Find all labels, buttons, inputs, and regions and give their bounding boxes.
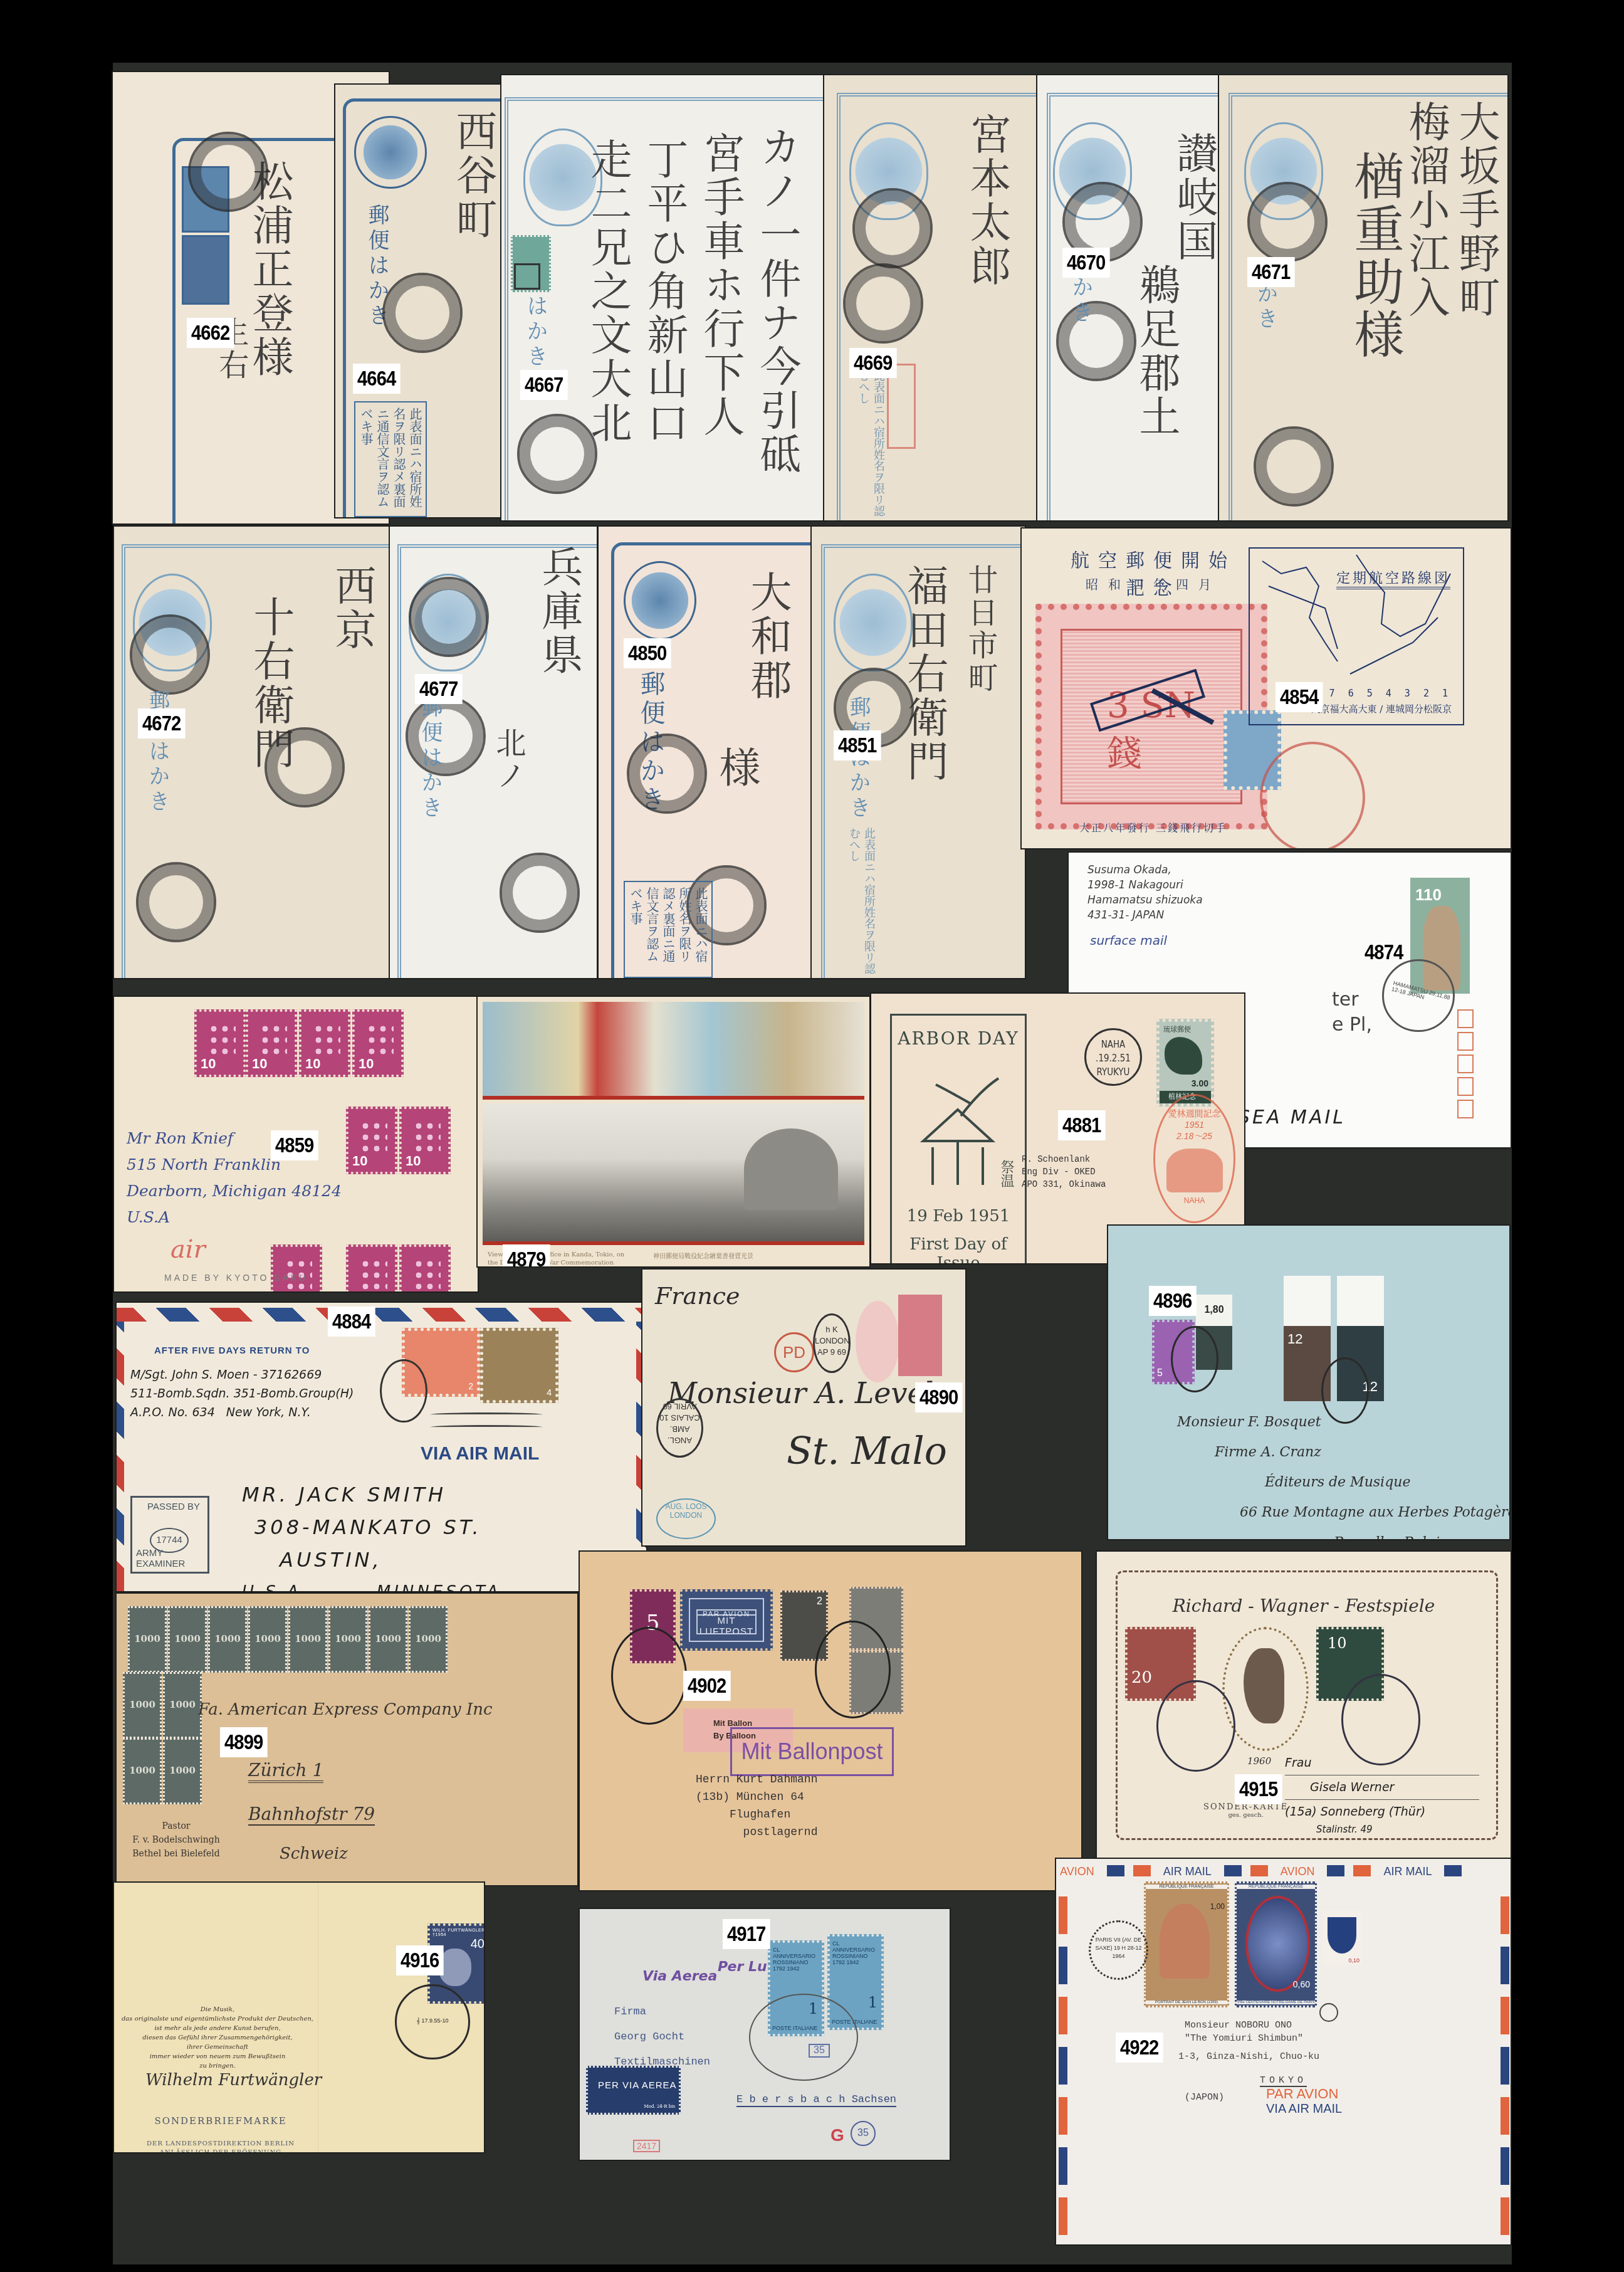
indicia-1-sen xyxy=(354,116,427,189)
address: FirmaGeorg GochtTextilmaschinen xyxy=(614,2000,710,2075)
lot-card-4916[interactable]: Die Musik, das originalste und eigentüml… xyxy=(114,1883,484,2152)
lot-number: 4672 xyxy=(138,708,185,739)
lot-card-4884[interactable]: AFTER FIVE DAYS RETURN TO M/Sgt. John S.… xyxy=(117,1303,646,1591)
card-title: Richard - Wagner - Festspiele xyxy=(1097,1596,1511,1616)
address-col-2: 梅溜小江入 xyxy=(1401,100,1450,320)
stamp-1000-mark: 1000 xyxy=(369,1606,407,1673)
surface-mail-note: surface mail xyxy=(1090,933,1167,948)
lot-number: 4902 xyxy=(683,1671,730,1701)
notice-box: 此表面ニハ宿所姓名ヲ限リ認メ裏面ニ通信文言ヲ認ムベキ事 xyxy=(354,401,427,517)
censor-35-box: 35 xyxy=(809,2044,830,2058)
message-col-4: 走二兄之文大北 xyxy=(583,138,632,445)
postmark-upper xyxy=(1247,182,1328,262)
sender-imprint: PastorF. v. BodelschwinghBethel bei Biel… xyxy=(132,1819,220,1861)
address-col-1: 讃岐国 xyxy=(1169,132,1218,263)
lot-card-4664[interactable]: 郵便はかき 西谷町 此表面ニハ宿所姓名ヲ限リ認メ裏面ニ通信文言ヲ認ムベキ事 46… xyxy=(335,85,505,517)
cherry-stamp: 10 xyxy=(299,1009,350,1077)
jean-le-bon-stamp: REPUBLIQUE FRANÇAISE 1,00 PORTRAIT DE JE… xyxy=(1144,1881,1229,2007)
country: Schweiz xyxy=(280,1844,348,1863)
machine-cancel xyxy=(430,1425,543,1429)
bremen-balloon-postmark xyxy=(815,1621,891,1718)
stamp-1000-mark: 1000 xyxy=(168,1606,207,1673)
army-examiner-censor: PASSED BY 17744 ARMY EXAMINER xyxy=(130,1496,209,1574)
address-ink: 宮本太郎 xyxy=(962,113,1011,288)
printed-title: かき xyxy=(1250,282,1281,332)
lot-card-4879[interactable]: View of The Post Office in Kanda, Tokio,… xyxy=(478,997,869,1266)
victoria-adhesive xyxy=(898,1295,942,1376)
map-legend-numbers: 8 7 6 5 4 3 2 1 xyxy=(1311,688,1452,699)
partial-address: ter e Pl, xyxy=(1332,987,1372,1038)
folder-crease xyxy=(318,1883,318,2152)
censor-2417-box: 2417 xyxy=(633,2140,660,2152)
lot-card-4851[interactable]: 郵便はかき 此表面ニハ宿所姓名ヲ限リ認むへし 廿日市町 福田右衛門 4851 xyxy=(812,527,1025,978)
folder-imprint: SONDERBRIEFMARKE DER LANDESPOSTDIREKTION… xyxy=(127,2102,315,2152)
stained-glass xyxy=(1245,1896,1310,1992)
cachet-title: ARBOR DAY xyxy=(892,1028,1025,1049)
wien-postmark xyxy=(1171,1326,1218,1392)
destination: E b e r s b a c h Sachsen xyxy=(736,2094,896,2107)
year-label: 1960 xyxy=(1247,1755,1271,1767)
message-col-3: 丁平ひ角新山口 xyxy=(639,138,688,445)
stamp-1000-mark: 1000 xyxy=(409,1606,448,1673)
red-divider xyxy=(483,1096,864,1100)
hamamatsu-postmark: HAMAMATSU 29.11.88 12-18 JAPAN xyxy=(1382,959,1455,1032)
shrine-tree-illustration xyxy=(911,1066,1005,1191)
lot-number: 4664 xyxy=(353,364,400,394)
mit-luftpost-label: MIT LUFTPOSTPAR AVION xyxy=(680,1589,773,1651)
address-col-2: 北ノ xyxy=(490,727,526,792)
address-col-2: 様 xyxy=(711,746,760,790)
lot-number: 4677 xyxy=(415,674,462,704)
cherry-stamp: 10 xyxy=(271,1244,322,1291)
color-illustration-hands xyxy=(483,1002,864,1096)
airmail-border-left xyxy=(1059,1896,1067,2244)
stamp-1000-mark: 1000 xyxy=(123,1672,162,1738)
lot-number: 4859 xyxy=(271,1130,318,1160)
lot-number: 4662 xyxy=(187,318,234,348)
lot-card-4899[interactable]: 1000 1000 1000 1000 1000 1000 1000 1000 … xyxy=(117,1594,577,1885)
lot-number: 4896 xyxy=(1149,1286,1196,1316)
lot-number: 4899 xyxy=(220,1727,267,1757)
airmail-border-top: AVION AIR MAIL AVION AIR MAIL xyxy=(1056,1865,1511,1880)
lot-number: 4850 xyxy=(624,638,671,668)
address: Monsieur F. BosquetFirme A. CranzÉditeur… xyxy=(1177,1407,1509,1539)
lot-card-4890[interactable]: France PD h K LONDON AP 9 69 Monsieur A.… xyxy=(642,1270,965,1545)
lot-number: 4667 xyxy=(520,370,567,400)
card-date: 昭和四年四月 xyxy=(1059,575,1247,593)
message-col-1: カノ一件ナ今引砥 xyxy=(752,125,801,476)
lot-number: 4879 xyxy=(503,1244,550,1266)
address-col-2: 福田右衛門 xyxy=(899,564,948,784)
street: Bahnhofstr 79 xyxy=(248,1804,375,1826)
censor-g-mark: G xyxy=(830,2125,844,2145)
airmail-border-right xyxy=(1501,1896,1509,2244)
address: MR. JACK SMITH308-MANKATO ST.AUSTIN,U.S.… xyxy=(242,1478,510,1591)
naha-postmark: NAHA .19.2.51 RYUKYU xyxy=(1084,1028,1142,1086)
lot-card-4922[interactable]: AVION AIR MAIL AVION AIR MAIL REPUBLIQUE… xyxy=(1056,1859,1511,2244)
stamp-1000-mark: 1000 xyxy=(123,1738,162,1804)
lot-card-4667[interactable]: はかき カノ一件ナ今引砥 宮手車ホ行下人 丁平ひ角新山口 走二兄之文大北 466… xyxy=(501,75,827,520)
address-col-1: 廿日市町 xyxy=(962,564,998,695)
card-footer: 大正八年發行 三錢飛行切手 xyxy=(1059,820,1247,834)
address: Monsieur NOBORU ONO"The Yomiuri Shimbun"… xyxy=(1185,2019,1319,2063)
addressee: Fa. American Express Company Inc xyxy=(198,1700,493,1719)
lot-number: 4854 xyxy=(1276,682,1323,712)
bremen-balloon-postmark xyxy=(611,1627,687,1725)
handstamp-mino xyxy=(514,263,540,290)
per-via-aerea-label: PER VIA AEREAMod. 24-R bis xyxy=(586,2066,681,2115)
lot-card-4902[interactable]: 5 MIT LUFTPOSTPAR AVION 2 Mit BallonBy B… xyxy=(580,1552,1081,1890)
stamp-value: 110 xyxy=(1415,885,1442,905)
lot-card-4670[interactable]: かき 讃岐国 鵜足郡土 4670 xyxy=(1037,75,1219,520)
postmark-osaka xyxy=(1254,426,1334,507)
stamp-1000-mark: 1000 xyxy=(128,1606,167,1673)
lot-card-4854[interactable]: 航空郵便開始記念 昭和四年四月 3 SN 錢 定期航空路線図 8 7 6 5 4… xyxy=(1022,529,1511,848)
postmark-upper xyxy=(409,577,489,657)
address-col-1: 西京 xyxy=(327,564,376,652)
address-ink: 松浦正登様 xyxy=(244,160,293,379)
signature: Wilhelm Furtwängler xyxy=(145,2071,322,2090)
lot-number: 4881 xyxy=(1058,1110,1105,1140)
city: Zürich 1 xyxy=(248,1760,323,1783)
message-col-2: 宮手車ホ行下人 xyxy=(696,132,745,439)
addressee: Monsieur A. Level xyxy=(668,1376,933,1410)
destination-city: St. Malo xyxy=(787,1429,947,1473)
indicia-1-sen xyxy=(624,561,696,640)
lot-number: 4670 xyxy=(1062,248,1109,278)
paris-postmark: PARIS VII (AV. DE SAXE) 19 H 28-12 1964 xyxy=(1089,1920,1148,1980)
lot-card-4669[interactable]: 此表面ニハ宿所姓名ヲ限リ認むへし 宮本太郎 4669 xyxy=(824,75,1037,520)
stamp-1000-mark: 1000 xyxy=(163,1672,202,1738)
address: R. SchoenlankEng Div - OKEDAPO 331, Okin… xyxy=(1022,1154,1106,1191)
postmark-lower xyxy=(500,853,580,933)
addressee-name: 楢重助様 xyxy=(1344,150,1405,361)
airmail-border-left xyxy=(117,1322,124,1591)
via-air-mail: VIA AIR MAIL xyxy=(421,1443,539,1465)
stamp-1-sen-lower xyxy=(182,235,229,305)
address-col-1: 大坂手野町 xyxy=(1451,100,1500,320)
postmark-upper xyxy=(852,188,933,268)
par-avion: PAR AVION xyxy=(1266,2086,1338,2102)
postmark-lower xyxy=(843,263,923,344)
stamp-1000-mark: 1000 xyxy=(208,1606,247,1673)
post-office-dome xyxy=(744,1128,838,1210)
airmail-border-top xyxy=(117,1308,646,1322)
lot-card-4671[interactable]: かき 大坂手野町 梅溜小江入 楢重助様 4671 xyxy=(1219,75,1507,520)
address-col-2: 鵜足郡土 xyxy=(1131,263,1180,439)
postmark-middle xyxy=(627,734,707,814)
notice-text: 此表面ニハ宿所姓名ヲ限リ認むへし xyxy=(856,370,886,520)
lot-card-4896[interactable]: 5 1,80 12 12 Monsieur F. BosquetFirme A.… xyxy=(1108,1226,1509,1539)
printed-title: はかき xyxy=(520,295,551,370)
via-aerea-handstamp: Via Aerea xyxy=(642,1969,717,1984)
cherry-stamp: 10 xyxy=(346,1244,397,1291)
prato-postmark xyxy=(749,1994,858,2081)
destination-country: France xyxy=(655,1282,740,1310)
cachet-date: 19 Feb 1951 xyxy=(892,1207,1025,1226)
printed-title: かき xyxy=(1066,276,1096,326)
pine-tree xyxy=(1165,1037,1202,1075)
notre-dame-stamp: REPUBLIQUE FRANÇAISE 0,60 VIIIe CENTENAI… xyxy=(1235,1881,1317,2007)
cherry-stamp: 10 xyxy=(246,1009,297,1077)
cherry-stamp: 10 xyxy=(399,1107,451,1174)
air-endorsement: air xyxy=(170,1235,206,1264)
lot-number: 4890 xyxy=(915,1382,962,1412)
aug-loos-handstamp: AUG. LOOS LONDON xyxy=(656,1498,716,1539)
lot-card-4672[interactable]: 郵便はかき 西京 十右衛門 4672 xyxy=(114,527,390,978)
calais-transit-mark: ANGL. AMB. CALAIS 10 AVRIL 69 xyxy=(656,1398,703,1458)
address: FrauGisela Werner(15a) Sonneberg (Thür)S… xyxy=(1285,1751,1479,1835)
selvage-value: 1,80 xyxy=(1196,1295,1232,1326)
lot-card-4915[interactable]: Richard - Wagner - Festspiele 20 10 1960… xyxy=(1097,1552,1511,1862)
stamp-1000-mark: 1000 xyxy=(328,1606,367,1673)
mesa-verde-stamp: 4 xyxy=(480,1328,558,1403)
postmark-upper xyxy=(130,614,210,695)
machine-cancel xyxy=(430,1412,543,1417)
return-address: M/Sgt. John S. Moen - 37162669511-Bomb.S… xyxy=(130,1365,354,1422)
london-postmark: h K LONDON AP 9 69 xyxy=(813,1313,851,1373)
postal-code-boxes xyxy=(1457,1009,1474,1122)
via-air-mail: VIA AIR MAIL xyxy=(1266,2102,1342,2117)
lot-card-4859[interactable]: 10 10 10 10 10 10 10 10 10 Mr Ron Knief5… xyxy=(114,997,478,1291)
cherry-stamp: 10 xyxy=(352,1009,404,1077)
envelope-imprint: MADE BY KYOTO SAKU xyxy=(164,1273,308,1283)
country: (JAPON) xyxy=(1185,2092,1224,2103)
lot-number: 4874 xyxy=(1360,937,1407,967)
bayreuth-postmark xyxy=(1156,1680,1235,1772)
furtwangler-quote: Die Musik, das originalste und eigentüml… xyxy=(120,2005,315,2071)
return-address: Susuma Okada, 1998-1 Nakagouri Hamamatsu… xyxy=(1087,863,1203,923)
lot-number: 4671 xyxy=(1247,257,1294,287)
censor-35-circle: 35 xyxy=(851,2121,876,2146)
ryukyu-pine-stamp: 琉球郵便 3.00 植林記念 xyxy=(1156,1019,1214,1107)
printed-title: 郵便はかき xyxy=(415,696,446,821)
stamp-1000-mark: 1000 xyxy=(163,1738,202,1804)
return-label: AFTER FIVE DAYS RETURN TO xyxy=(154,1345,310,1356)
lot-number: 4917 xyxy=(723,1919,770,1949)
cachet-kanji: 祭温 xyxy=(997,1160,1016,1187)
lot-card-4881[interactable]: ARBOR DAY 祭温 19 Feb 1951 First Day of Is… xyxy=(871,994,1244,1263)
festwochen-postmark: 𝄞 17.9.55-10 xyxy=(395,1984,470,2059)
arbor-week-cancel: 愛林週間記念 1951 2.18～25 NAHA xyxy=(1153,1094,1235,1223)
stamp-1000-mark: 1000 xyxy=(248,1606,287,1673)
lot-card-4917[interactable]: Via Aerea Per Luftpost FirmaGeorg GochtT… xyxy=(580,1909,950,2160)
arbor-day-cachet: ARBOR DAY 祭温 19 Feb 1951 First Day of Is… xyxy=(890,1014,1027,1263)
notice-text: 此表面ニハ宿所姓名ヲ限リ認むへし xyxy=(846,828,876,978)
sea-mail-endorsement: SEA MAIL xyxy=(1238,1107,1346,1128)
lot-card-4850[interactable]: 郵便はかき 大和郡 様 此表面ニハ宿所姓名ヲ限リ認メ裏面ニ通信文言ヲ認ムベキ事 … xyxy=(599,527,812,978)
lot-number: 4916 xyxy=(396,1945,443,1975)
troyes-arms-stamp: 0,10 xyxy=(1321,1909,1363,1967)
lot-card-4677[interactable]: 郵便はかき 兵庫県 北ノ 4677 xyxy=(390,527,597,978)
lot-number: 4922 xyxy=(1116,2033,1163,2063)
mit-ballonpost-cachet: Mit Ballonpost xyxy=(730,1727,894,1776)
cherry-stamp: 10 xyxy=(194,1009,246,1077)
coat-of-arms xyxy=(1328,1917,1356,1954)
sonder-karte-imprint: SONDER-KARTEges. gesch. xyxy=(1203,1802,1288,1819)
japanese-caption: 神田郵便局戰役紀念繪葉書發賣光景 xyxy=(653,1251,753,1260)
embossed-indicia xyxy=(856,1301,899,1382)
address: Herrn Kurt Dahmann(13b) München 64 Flugh… xyxy=(696,1771,817,1841)
lot-number: 4915 xyxy=(1235,1774,1282,1804)
address-col-1: 大和郡 xyxy=(743,571,792,702)
portrait xyxy=(1160,1903,1210,1979)
pd-mark: PD xyxy=(774,1332,814,1372)
cherry-stamp: 10 xyxy=(399,1244,451,1291)
lot-number: 4669 xyxy=(849,348,896,378)
notice-box: 此表面ニハ宿所姓名ヲ限リ認メ裏面ニ通信文言ヲ認ムベキ事 xyxy=(624,881,713,978)
stamp-1000-mark: 1000 xyxy=(288,1606,327,1673)
cherry-stamp: 10 xyxy=(346,1107,397,1174)
lot-number: 4851 xyxy=(834,730,881,760)
address-ink: 西谷町 xyxy=(448,110,497,241)
address-col-1: 兵庫県 xyxy=(534,545,583,677)
cachet-caption: First Day of Issue xyxy=(892,1235,1025,1263)
postmark xyxy=(382,273,463,353)
postmark-lower xyxy=(136,862,216,942)
lot-number: 4884 xyxy=(328,1307,375,1337)
commemorative-postmark xyxy=(1260,742,1365,848)
address-col-2: 十右衛門 xyxy=(246,596,295,771)
circle-1-mark xyxy=(1319,2003,1338,2022)
map-legend-cities: 大京福大高大東 / 連城岡分松阪京 xyxy=(1311,702,1452,715)
army-postmark xyxy=(380,1359,427,1423)
wagner-portrait xyxy=(1222,1627,1309,1751)
map-title: 定期航空路線図 xyxy=(1336,567,1450,589)
